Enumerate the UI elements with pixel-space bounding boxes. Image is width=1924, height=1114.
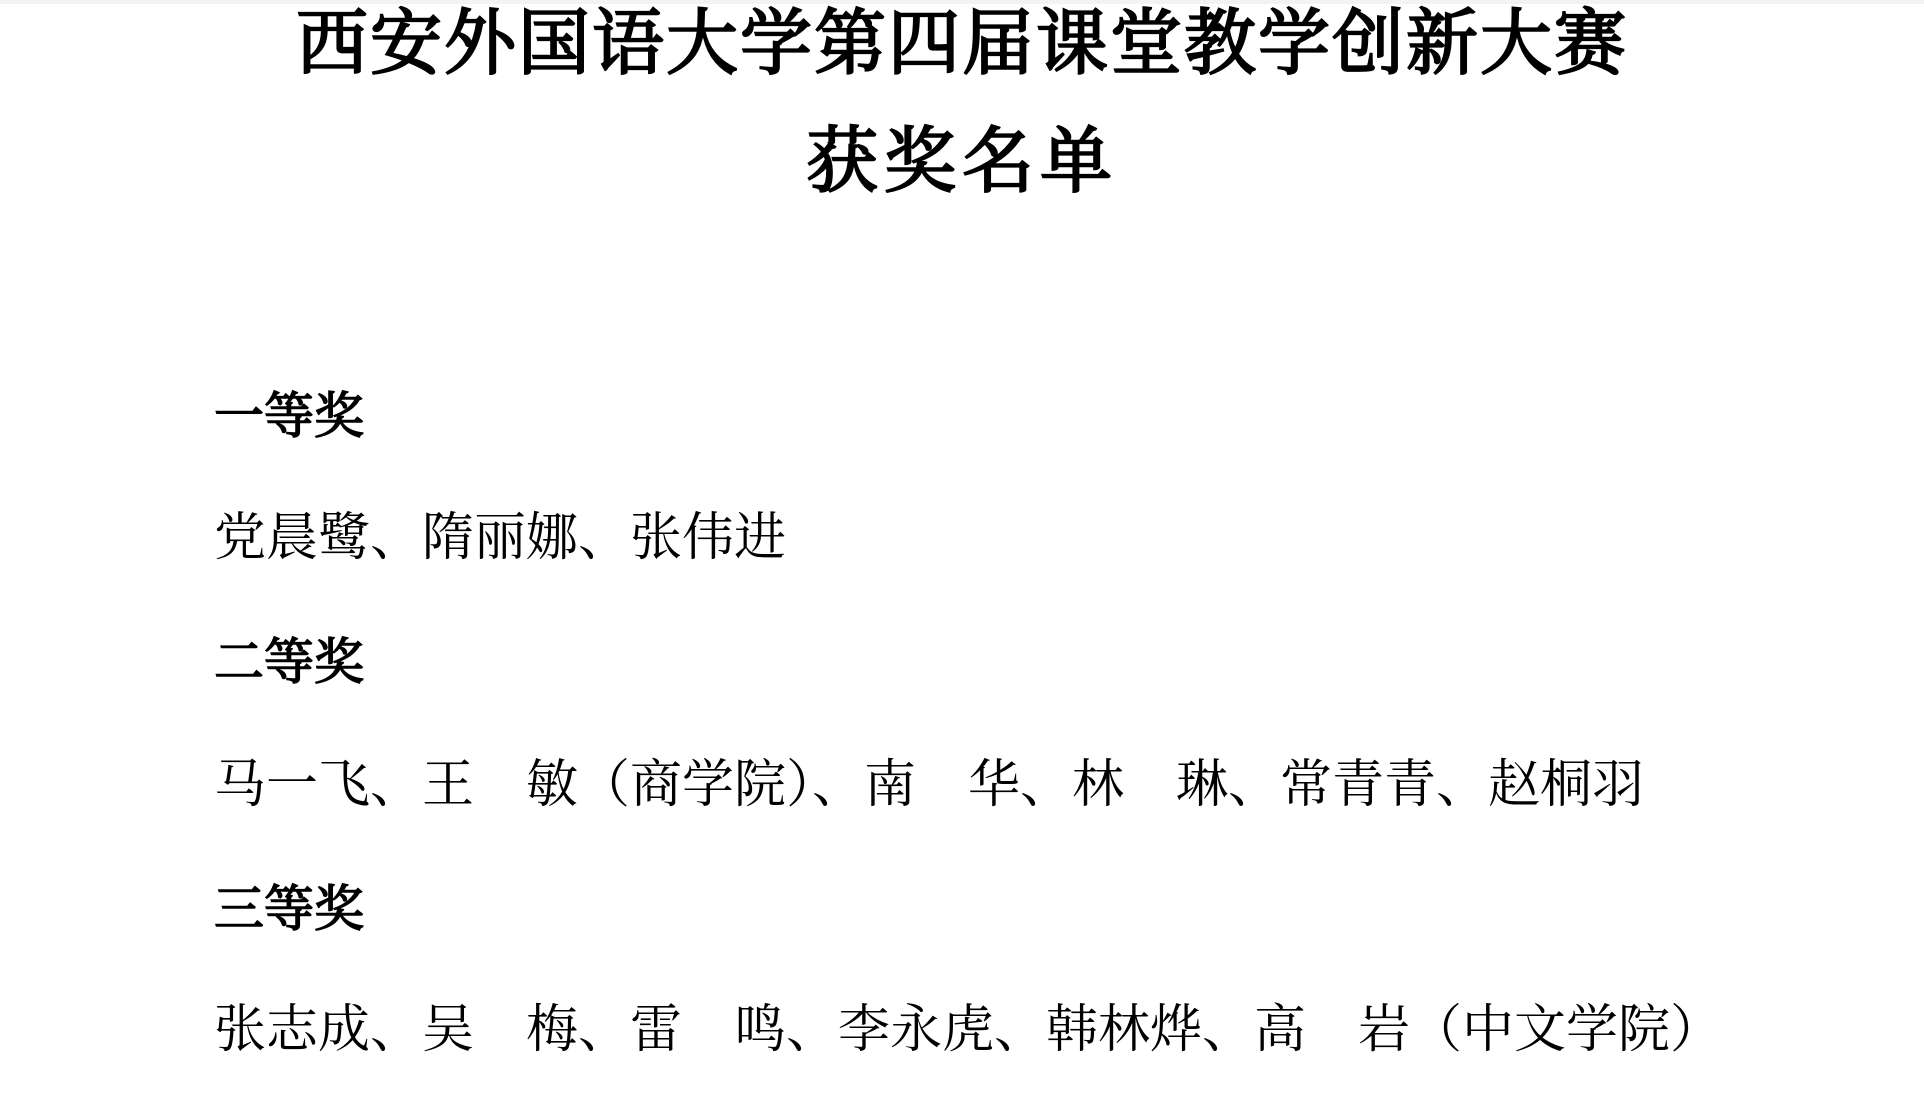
document-title-line1: 西安外国语大学第四届课堂教学创新大赛: [0, 8, 1924, 80]
third-prize-heading: 三等奖: [214, 883, 364, 936]
second-prize-heading: 二等奖: [214, 636, 364, 689]
first-prize-heading: 一等奖: [214, 390, 364, 443]
document-title-line2: 获奖名单: [0, 126, 1924, 198]
second-prize-names: 马一飞、王 敏（商学院）、南 华、林 琳、常青青、赵桐羽: [214, 757, 1644, 814]
first-prize-names: 党晨鹭、隋丽娜、张伟进: [214, 510, 786, 567]
third-prize-names: 张志成、吴 梅、雷 鸣、李永虎、韩林烨、高 岩（中文学院）: [214, 1002, 1722, 1059]
award-document-page: 西安外国语大学第四届课堂教学创新大赛 获奖名单 一等奖 党晨鹭、隋丽娜、张伟进 …: [0, 0, 1924, 1114]
